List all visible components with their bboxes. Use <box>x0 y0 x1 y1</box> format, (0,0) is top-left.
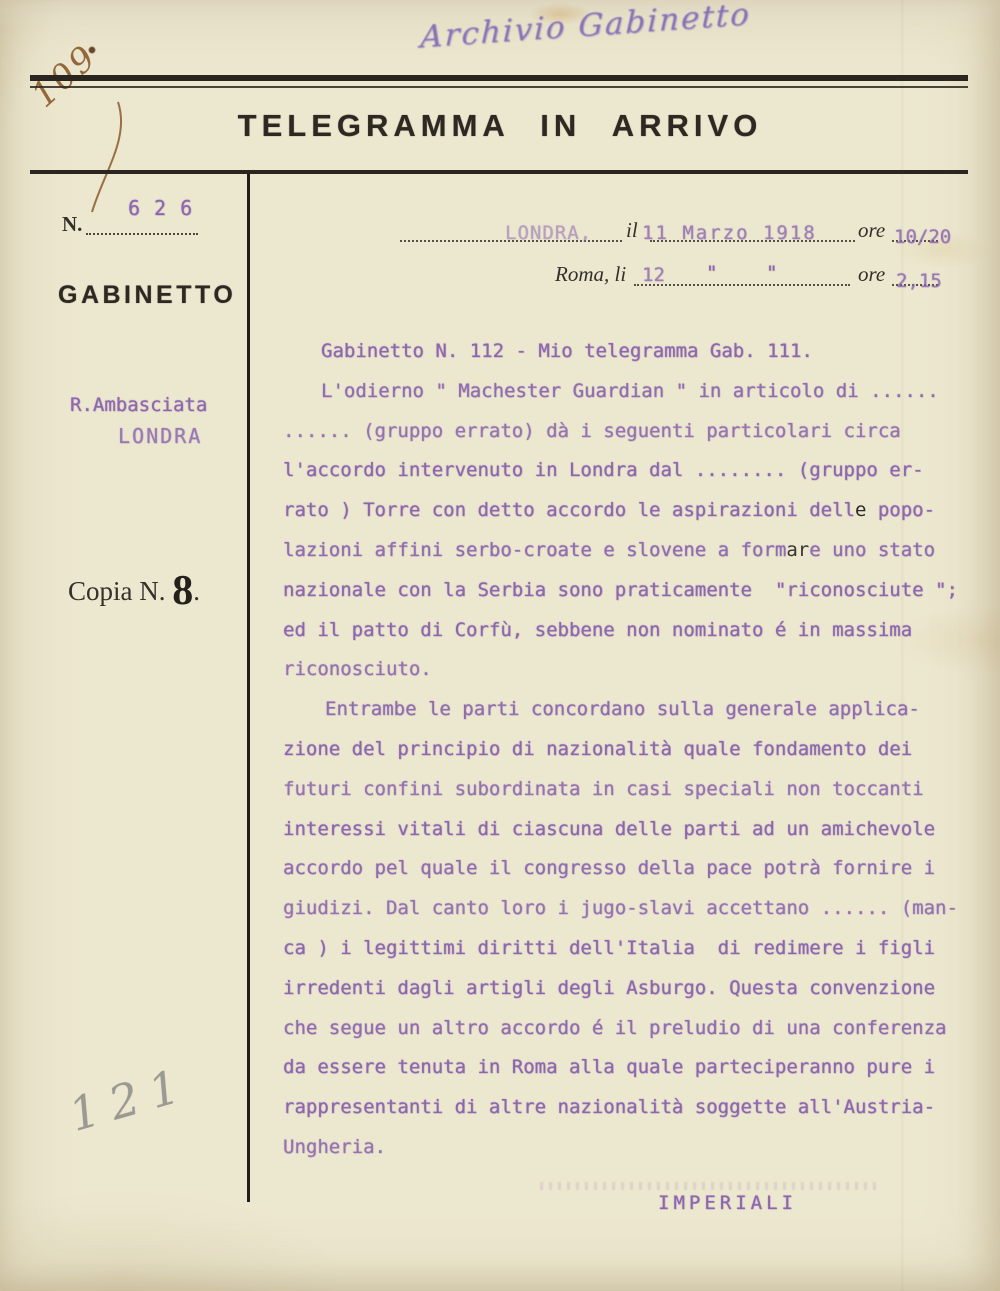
office-label: GABINETTO <box>58 281 236 310</box>
copy-number-line: Copia N. 8. <box>68 563 200 611</box>
telegram-body: Gabinetto N. 112 - Mio telegramma Gab. 1… <box>283 332 973 1168</box>
header-bottom-rule <box>30 170 968 174</box>
form-title: TELEGRAMMA IN ARRIVO <box>0 108 1000 144</box>
copy-suffix: . <box>193 576 200 606</box>
signature: IMPERIALI <box>658 1192 797 1214</box>
telegram-line: Ungheria. <box>283 1128 973 1168</box>
ditto-mark-year: " <box>766 262 777 284</box>
telegram-line: ca ) i legittimi diritti dell'Italia di … <box>283 929 973 969</box>
black-ink-correction: ar <box>786 539 809 561</box>
telegram-line: nazionale con la Serbia sono praticament… <box>283 571 973 611</box>
telegram-line: giudizi. Dal canto loro i jugo-slavi acc… <box>283 889 973 929</box>
origin-time: 10/20 <box>894 226 951 248</box>
telegram-line: da essere tenuta in Roma alla quale part… <box>283 1048 973 1088</box>
telegram-line: l'accordo intervenuto in Londra dal ....… <box>283 451 973 491</box>
black-ink-correction: e <box>855 499 866 521</box>
line-segment: rato ) Torre con detto accordo le aspira… <box>283 499 855 521</box>
archive-stamp: Archivio Gabinetto <box>420 0 752 56</box>
telegram-number-dotted-line <box>86 213 198 235</box>
telegram-line: lazioni affini serbo-croate e slovene a … <box>283 531 973 571</box>
ore-label-arrival: ore <box>858 262 885 287</box>
telegram-line: L'odierno " Machester Guardian " in arti… <box>283 372 973 412</box>
line-segment: lazioni affini serbo-croate e slovene a … <box>283 539 786 561</box>
sender-office: R.Ambasciata <box>70 394 207 416</box>
ditto-mark-month: " <box>706 262 717 284</box>
telegram-line: accordo pel quale il congresso della pac… <box>283 849 973 889</box>
telegram-line: rappresentanti di altre nazionalità sogg… <box>283 1088 973 1128</box>
top-rule-thick <box>30 75 968 81</box>
telegram-line: irredenti dagli artigli degli Asburgo. Q… <box>283 969 973 1009</box>
origin-date: 11 Marzo 1918 <box>642 222 817 244</box>
ore-label-origin: ore <box>858 218 885 243</box>
telegram-number-label: N. <box>62 212 82 237</box>
telegram-line: zione del principio di nazionalità quale… <box>283 730 973 770</box>
telegram-paper: Archivio Gabinetto 109 TELEGRAMMA IN ARR… <box>0 0 1000 1291</box>
copy-number: 8 <box>172 568 193 614</box>
sender-city: LONDRA <box>118 424 202 448</box>
telegram-line: ...... (gruppo errato) dà i seguenti par… <box>283 412 973 452</box>
telegram-line: riconosciuto. <box>283 650 973 690</box>
telegram-line: ed il patto di Corfù, sebbene non nomina… <box>283 611 973 651</box>
telegram-line: rato ) Torre con detto accordo le aspira… <box>283 491 973 531</box>
arrival-day: 12 <box>642 264 665 286</box>
column-divider <box>247 174 250 1202</box>
telegram-line: Gabinetto N. 112 - Mio telegramma Gab. 1… <box>283 332 973 372</box>
telegram-line: futuri confini subordinata in casi speci… <box>283 770 973 810</box>
line-segment: e uno stato <box>809 539 935 561</box>
telegram-line: Entrambe le parti concordano sulla gener… <box>283 690 973 730</box>
arrival-dotted-line <box>634 266 850 286</box>
roma-label: Roma, li <box>555 262 626 287</box>
copy-label: Copia N. <box>68 576 166 606</box>
il-label: il <box>626 218 638 243</box>
telegram-line: che segue un altro accordo é il preludio… <box>283 1009 973 1049</box>
ink-residue <box>540 1182 880 1190</box>
line-segment: popo- <box>866 499 935 521</box>
telegram-line: interessi vitali di ciascuna delle parti… <box>283 810 973 850</box>
top-rule-thin <box>30 86 968 88</box>
origin-city: LONDRA, <box>505 222 592 244</box>
arrival-time: 2,15 <box>896 270 942 292</box>
handwritten-number-bottom: 121 <box>63 1056 197 1142</box>
